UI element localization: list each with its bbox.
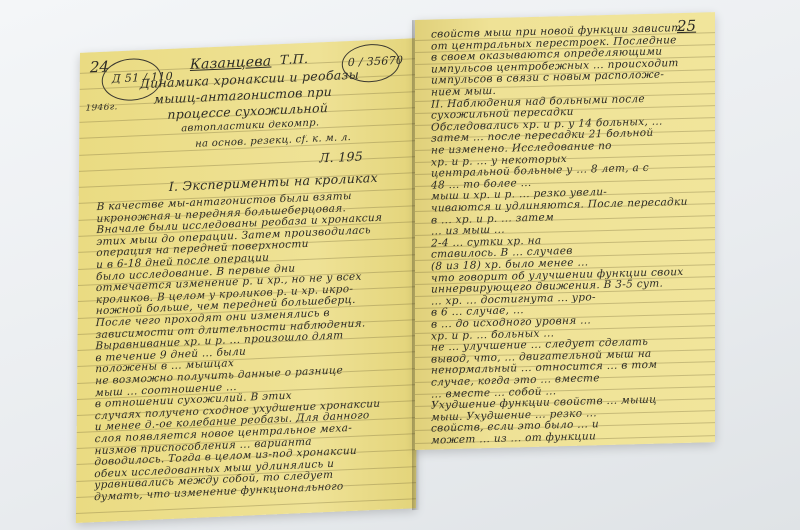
right-page: 25 свойств мыш при новой функции зависит… [415, 12, 715, 450]
ruling-line [79, 156, 419, 172]
open-notebook: 24 Д 51 / 110 1946г. Казанцева Т.П. 0 / … [0, 0, 800, 530]
left-page: 24 Д 51 / 110 1946г. Казанцева Т.П. 0 / … [76, 38, 420, 523]
right-page-body: свойств мыш при новой функции зависитот … [415, 12, 715, 20]
